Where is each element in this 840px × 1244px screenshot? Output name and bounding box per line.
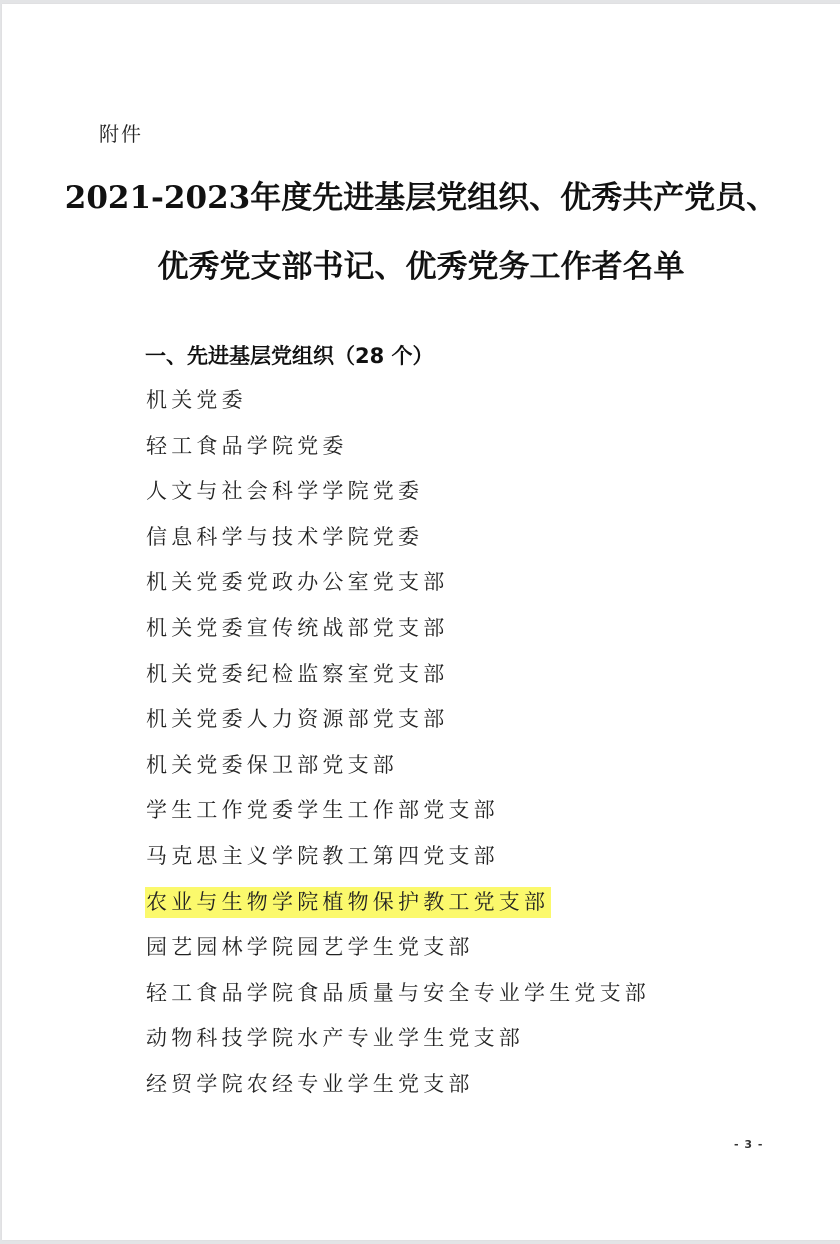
list-item: 轻工食品学院党委 xyxy=(145,428,652,474)
text-highlight: 农业与生物学院植物保护教工党支部 xyxy=(145,887,551,918)
list-item: 机关党委党政办公室党支部 xyxy=(145,564,652,610)
list-item: 机关党委 xyxy=(145,382,652,428)
organization-list: 机关党委 轻工食品学院党委 人文与社会科学学院党委 信息科学与技术学院党委 机关… xyxy=(145,382,652,1112)
list-item: 机关党委纪检监察室党支部 xyxy=(145,656,652,702)
section-heading-advanced-organizations: 一、先进基层党组织（28 个） xyxy=(145,340,434,370)
document-title-line-1: 2021-2023年度先进基层党组织、优秀共产党员、 xyxy=(2,172,840,217)
list-item: 机关党委保卫部党支部 xyxy=(145,747,652,793)
document-page: 附件 2021-2023年度先进基层党组织、优秀共产党员、 优秀党支部书记、优秀… xyxy=(2,4,840,1240)
list-item: 园艺园林学院园艺学生党支部 xyxy=(145,929,652,975)
list-item-highlighted: 农业与生物学院植物保护教工党支部 xyxy=(145,884,652,930)
list-item: 机关党委人力资源部党支部 xyxy=(145,701,652,747)
list-item: 学生工作党委学生工作部党支部 xyxy=(145,792,652,838)
list-item: 马克思主义学院教工第四党支部 xyxy=(145,838,652,884)
list-item: 人文与社会科学学院党委 xyxy=(145,473,652,519)
list-item: 信息科学与技术学院党委 xyxy=(145,519,652,565)
list-item: 轻工食品学院食品质量与安全专业学生党支部 xyxy=(145,975,652,1021)
list-item: 动物科技学院水产专业学生党支部 xyxy=(145,1020,652,1066)
attachment-label: 附件 xyxy=(99,118,143,147)
page-number: - 3 - xyxy=(734,1138,763,1151)
list-item: 机关党委宣传统战部党支部 xyxy=(145,610,652,656)
document-title-line-2: 优秀党支部书记、优秀党务工作者名单 xyxy=(2,241,840,286)
list-item: 经贸学院农经专业学生党支部 xyxy=(145,1066,652,1112)
